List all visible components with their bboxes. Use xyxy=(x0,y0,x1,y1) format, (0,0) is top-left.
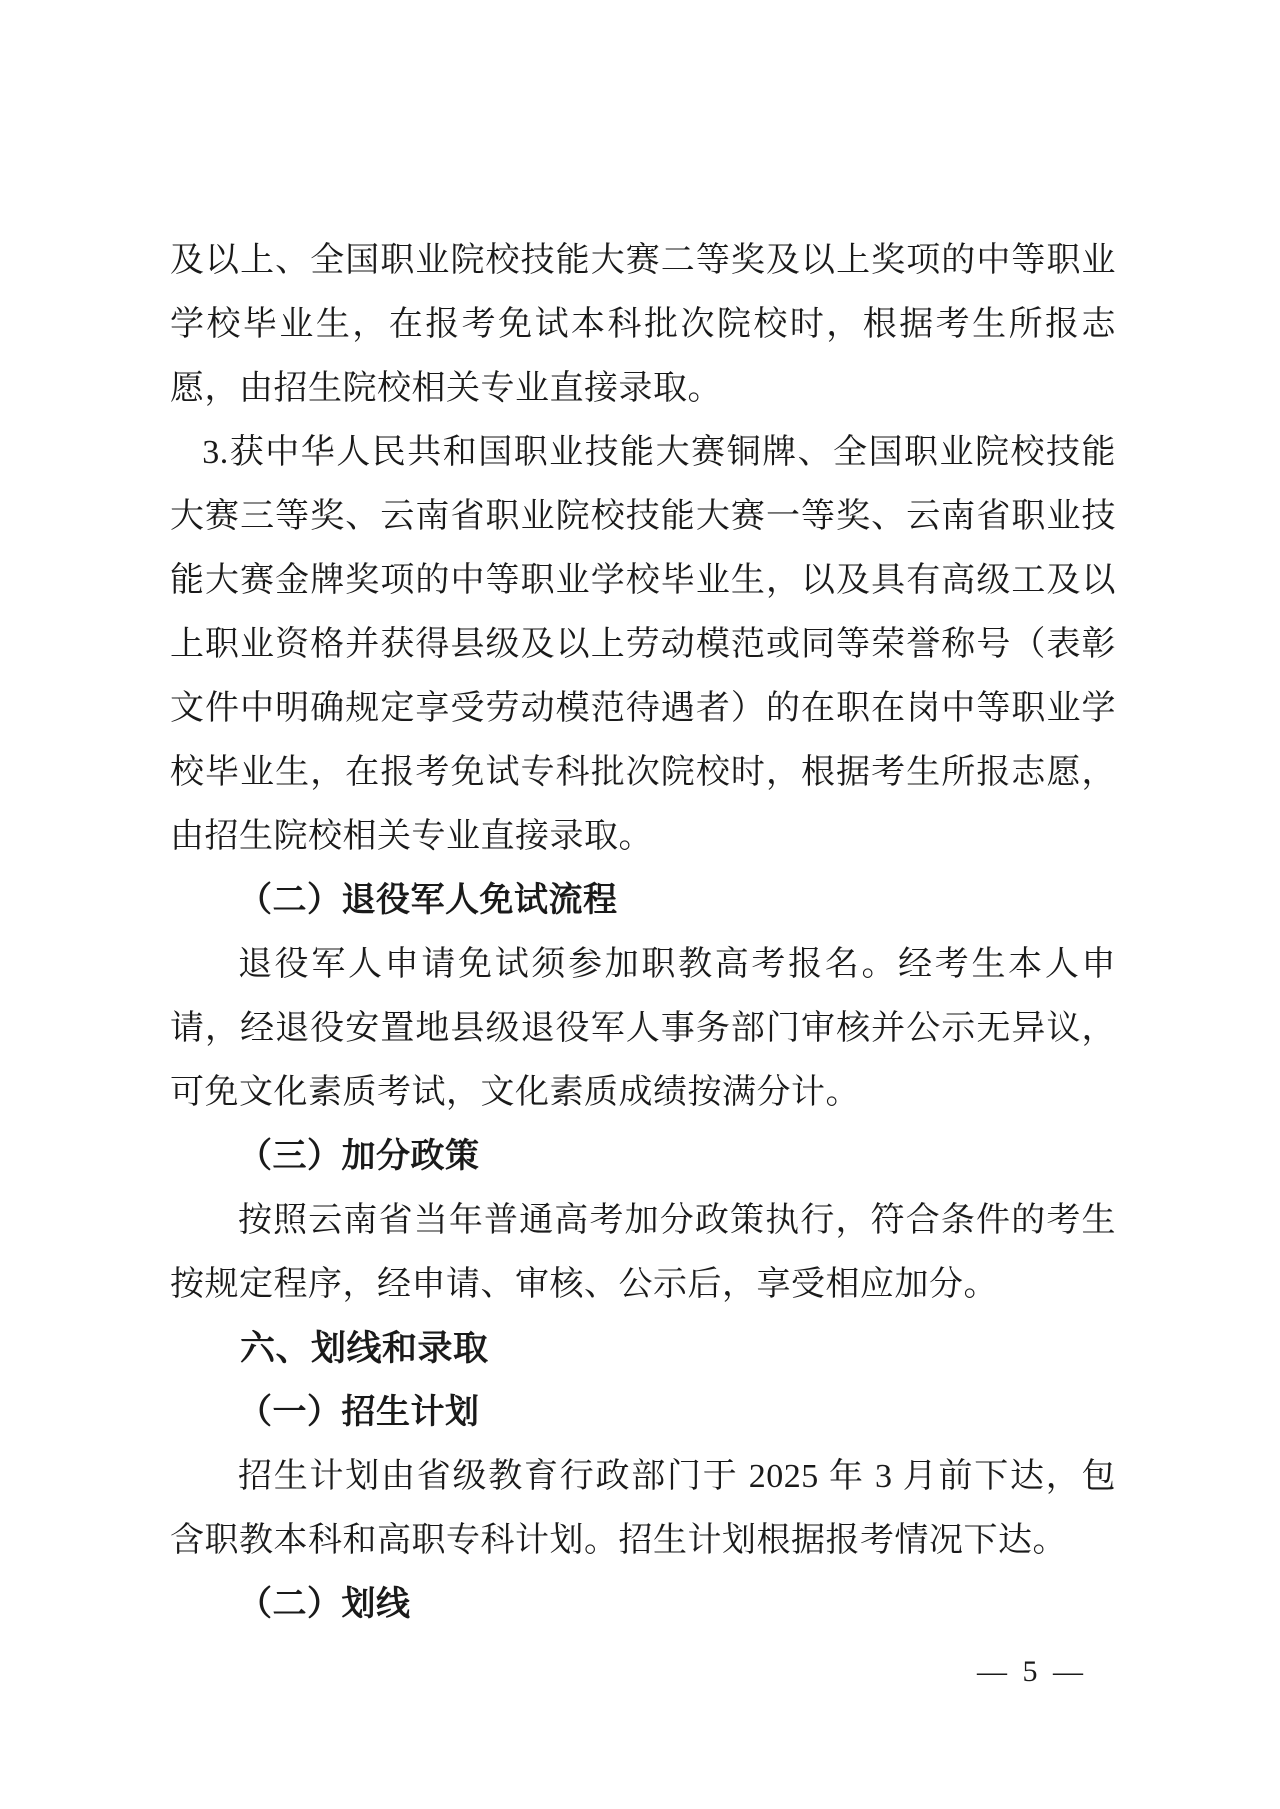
sub-heading: （二）划线 xyxy=(170,1573,1116,1637)
paragraph: 按照云南省当年普通高考加分政策执行，符合条件的考生按规定程序，经申请、审核、公示… xyxy=(170,1189,1116,1317)
paragraph-numbered: 3.获中华人民共和国职业技能大赛铜牌、全国职业院校技能大赛三等奖、云南省职业院校… xyxy=(170,421,1116,869)
paragraph-continuation: 及以上、全国职业院校技能大赛二等奖及以上奖项的中等职业学校毕业生，在报考免试本科… xyxy=(170,229,1116,421)
page-number: — 5 — xyxy=(977,1652,1087,1692)
section-heading: 六、划线和录取 xyxy=(170,1317,1116,1381)
sub-heading: （一）招生计划 xyxy=(170,1381,1116,1445)
document-content: 及以上、全国职业院校技能大赛二等奖及以上奖项的中等职业学校毕业生，在报考免试本科… xyxy=(170,229,1116,1637)
document-page: 及以上、全国职业院校技能大赛二等奖及以上奖项的中等职业学校毕业生，在报考免试本科… xyxy=(0,0,1280,1809)
sub-heading: （二）退役军人免试流程 xyxy=(170,869,1116,933)
paragraph: 招生计划由省级教育行政部门于 2025 年 3 月前下达，包含职教本科和高职专科… xyxy=(170,1445,1116,1573)
paragraph: 退役军人申请免试须参加职教高考报名。经考生本人申请，经退役安置地县级退役军人事务… xyxy=(170,933,1116,1125)
sub-heading: （三）加分政策 xyxy=(170,1125,1116,1189)
